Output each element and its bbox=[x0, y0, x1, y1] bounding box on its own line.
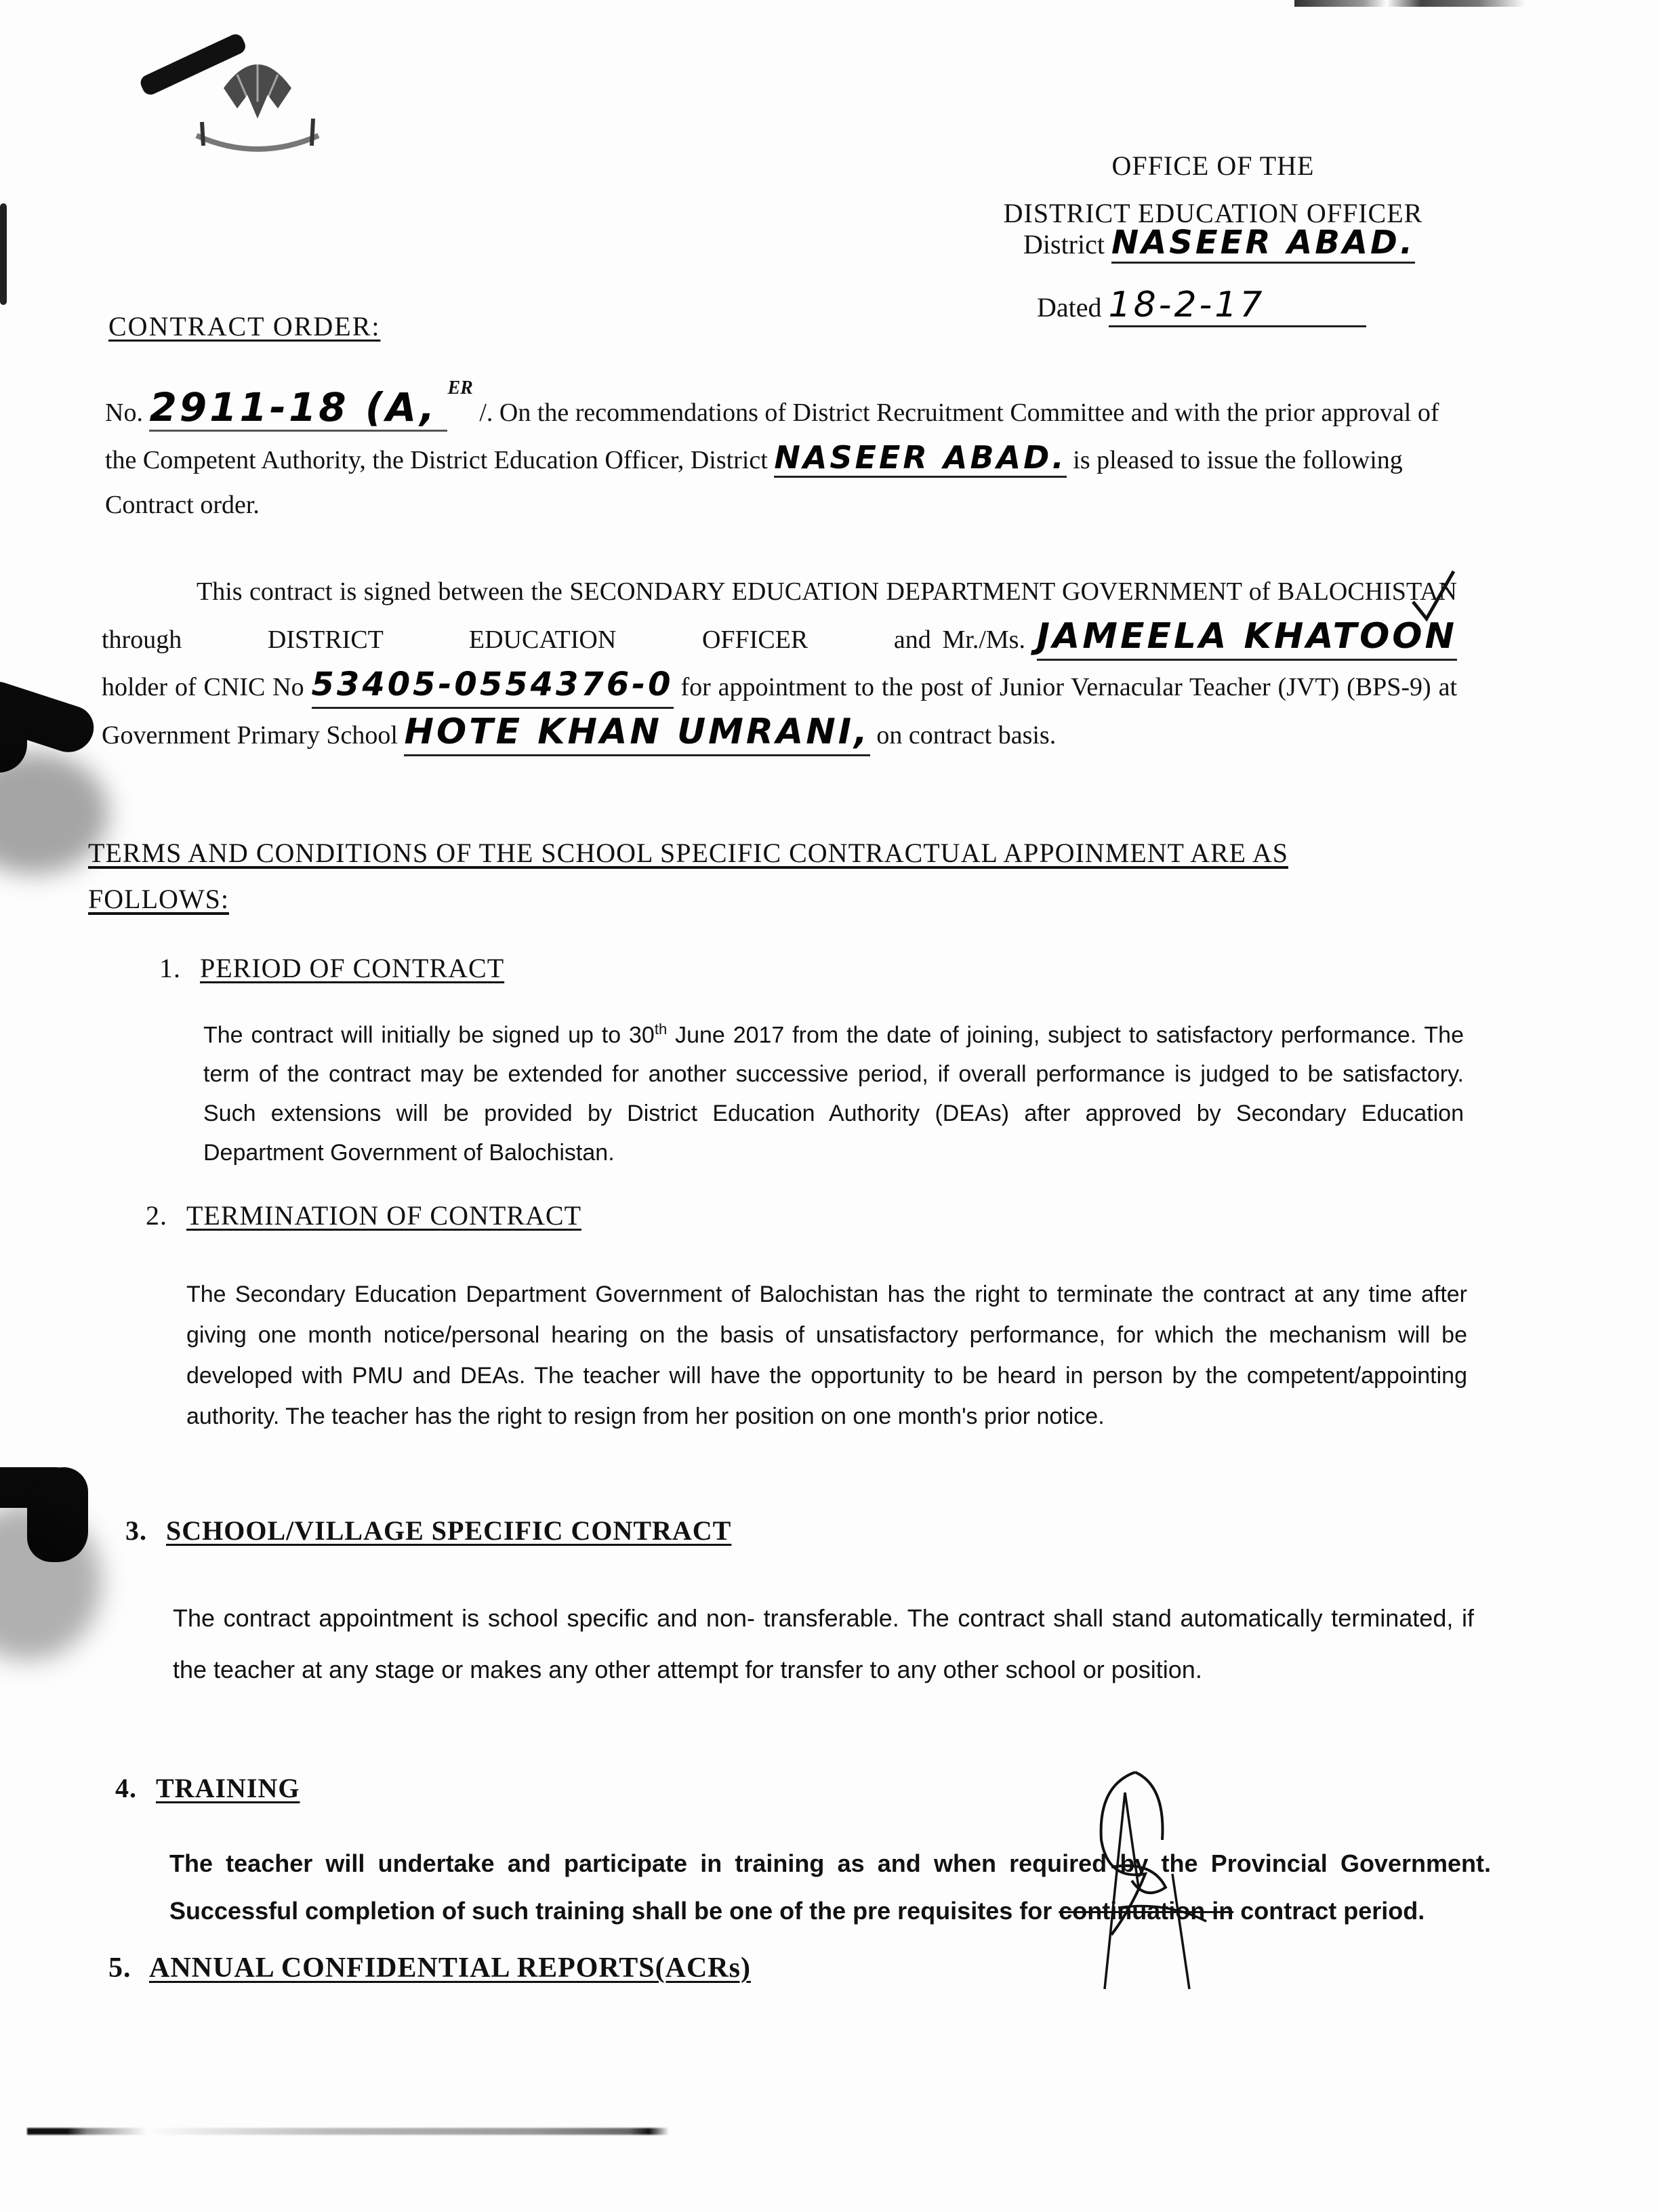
section-3-number: 3. bbox=[125, 1515, 166, 1547]
order-district-field[interactable]: NASEER ABAD. bbox=[774, 439, 1066, 478]
order-number-field[interactable]: 2911-18 (A, bbox=[149, 385, 447, 432]
contract-order-heading-text: CONTRACT ORDER: bbox=[108, 311, 381, 342]
contract-order-heading: CONTRACT ORDER: bbox=[108, 310, 381, 342]
section-1-title: 1.PERIOD OF CONTRACT bbox=[159, 952, 504, 984]
section-4-title: 4.TRAINING bbox=[115, 1772, 300, 1804]
school-name-field[interactable]: HOTE KHAN UMRANI, bbox=[404, 710, 869, 756]
dated-row: Dated 18-2-17 bbox=[1037, 285, 1366, 327]
teacher-name-field[interactable]: JAMEELA KHATOON bbox=[1037, 614, 1457, 661]
section-1-number: 1. bbox=[159, 952, 200, 984]
order-paragraph: No. 2911-18 (A,ER /. On the recommendati… bbox=[105, 366, 1440, 527]
contract-text-1: This contract is signed between the SECO… bbox=[197, 577, 1270, 606]
terms-heading-text: TERMS AND CONDITIONS OF THE SCHOOL SPECI… bbox=[88, 838, 1288, 914]
section-2-number: 2. bbox=[146, 1200, 186, 1231]
section-1-title-text: PERIOD OF CONTRACT bbox=[200, 953, 504, 983]
dated-field[interactable]: 18-2-17 bbox=[1109, 285, 1366, 327]
section-3-title: 3.SCHOOL/VILLAGE SPECIFIC CONTRACT bbox=[125, 1515, 731, 1547]
section-4-body-b: contract period. bbox=[1233, 1897, 1425, 1925]
contract-paragraph: This contract is signed between the SECO… bbox=[102, 569, 1457, 758]
district-field[interactable]: NASEER ABAD. bbox=[1111, 224, 1415, 264]
section-5-title-text: ANNUAL CONFIDENTIAL REPORTS(ACRs) bbox=[149, 1952, 751, 1984]
section-2-body: The Secondary Education Department Gover… bbox=[186, 1274, 1467, 1437]
office-line-1: OFFICE OF THE bbox=[949, 142, 1477, 190]
dated-label: Dated bbox=[1037, 292, 1102, 323]
section-5-title: 5.ANNUAL CONFIDENTIAL REPORTS(ACRs) bbox=[108, 1952, 751, 1984]
section-5-number: 5. bbox=[108, 1952, 149, 1984]
section-3-body: The contract appointment is school speci… bbox=[173, 1593, 1474, 1696]
section-2-title-text: TERMINATION OF CONTRACT bbox=[186, 1200, 581, 1231]
district-label: District bbox=[1023, 229, 1105, 260]
section-4-number: 4. bbox=[115, 1772, 156, 1804]
contract-text-4: on contract basis. bbox=[876, 721, 1056, 750]
order-no-label: No. bbox=[105, 398, 143, 427]
scan-edge-mark bbox=[0, 203, 7, 305]
section-4-title-text: TRAINING bbox=[156, 1773, 300, 1803]
section-4-body: The teacher will undertake and participa… bbox=[169, 1840, 1491, 1935]
scan-smear-bottom bbox=[27, 2128, 1030, 2135]
scan-smear-top bbox=[1294, 0, 1525, 7]
salutation: Mr./Ms. bbox=[942, 626, 1025, 654]
cnic-field[interactable]: 53405-0554376-0 bbox=[312, 662, 674, 709]
terms-heading: TERMS AND CONDITIONS OF THE SCHOOL SPECI… bbox=[88, 830, 1389, 922]
signature-icon bbox=[1071, 1765, 1247, 1996]
contract-text-2: holder of CNIC No bbox=[102, 673, 304, 701]
order-number-superscript: ER bbox=[447, 377, 472, 398]
section-3-title-text: SCHOOL/VILLAGE SPECIFIC CONTRACT bbox=[166, 1515, 731, 1546]
section-2-title: 2.TERMINATION OF CONTRACT bbox=[146, 1200, 581, 1231]
section-1-body-a: The contract will initially be signed up… bbox=[203, 1022, 655, 1048]
district-row: District NASEER ABAD. bbox=[1023, 224, 1415, 264]
section-1-body: The contract will initially be signed up… bbox=[203, 1010, 1464, 1172]
checkmark-icon bbox=[1410, 568, 1457, 622]
office-heading: OFFICE OF THE DISTRICT EDUCATION OFFICER bbox=[949, 142, 1477, 237]
government-crest-icon bbox=[183, 34, 332, 156]
section-1-body-sup: th bbox=[655, 1021, 667, 1038]
